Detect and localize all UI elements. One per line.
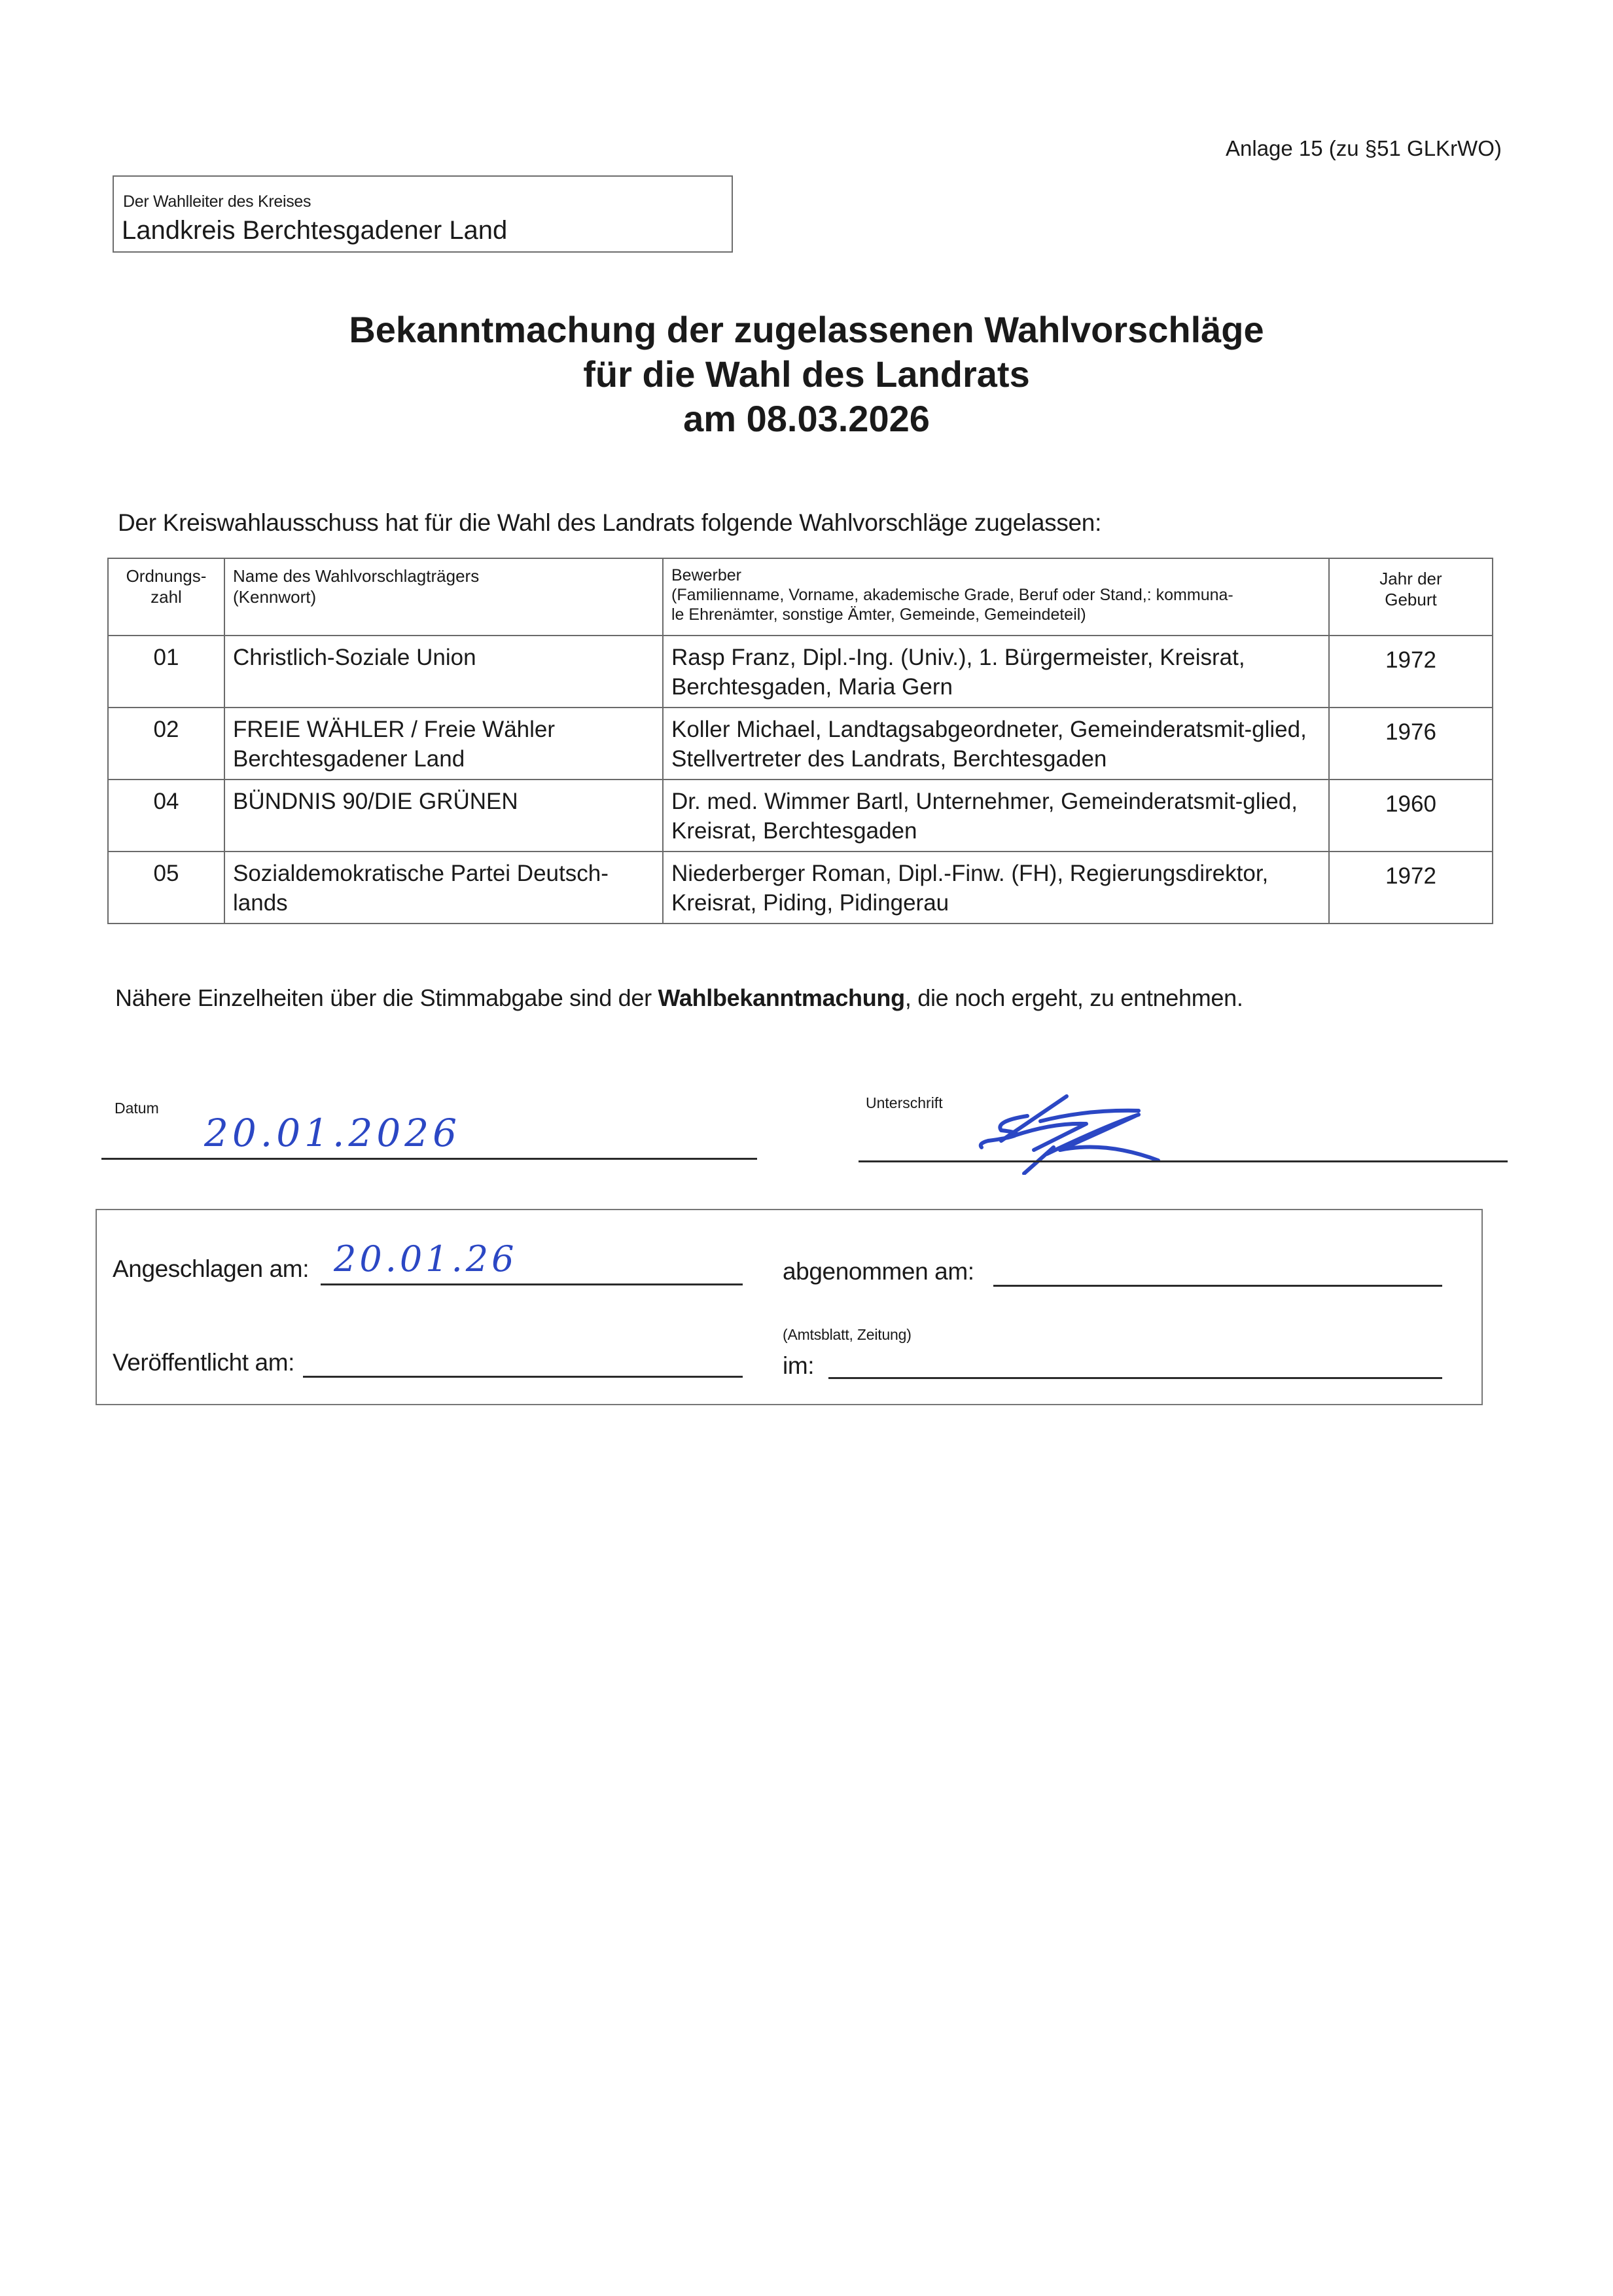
- date-label: Datum: [115, 1100, 159, 1117]
- header-birth-year: Jahr derGeburt: [1329, 558, 1493, 636]
- row-candidate: Dr. med. Wimmer Bartl, Unternehmer, Geme…: [663, 780, 1329, 852]
- row-party: Christlich-Soziale Union: [224, 636, 663, 708]
- note-bold-term: Wahlbekanntmachung: [658, 984, 905, 1011]
- row-number: 02: [108, 708, 224, 780]
- row-party: FREIE WÄHLER / Freie Wähler Berchtesgade…: [224, 708, 663, 780]
- row-birth-year: 1972: [1329, 636, 1493, 708]
- row-birth-year: 1976: [1329, 708, 1493, 780]
- row-party: Sozialdemokratische Partei Deutsch-lands: [224, 852, 663, 924]
- removed-on-field[interactable]: [993, 1285, 1442, 1287]
- signature-line: [859, 1160, 1508, 1162]
- date-line: [101, 1158, 757, 1160]
- table-row: 01 Christlich-Soziale Union Rasp Franz, …: [108, 636, 1493, 708]
- row-number: 04: [108, 780, 224, 852]
- header-party: Name des Wahlvorschlagträgers(Kennwort): [224, 558, 663, 636]
- note-text-before: Nähere Einzelheiten über die Stimmabgabe…: [115, 984, 658, 1011]
- voting-details-note: Nähere Einzelheiten über die Stimmabgabe…: [115, 984, 1243, 1012]
- posted-on-value[interactable]: 20.01.26: [334, 1238, 517, 1280]
- signature-label: Unterschrift: [866, 1094, 943, 1112]
- table-row: 05 Sozialdemokratische Partei Deutsch-la…: [108, 852, 1493, 924]
- title-line-2: für die Wahl des Landrats: [0, 352, 1613, 397]
- title-line-1: Bekanntmachung der zugelassenen Wahlvors…: [0, 308, 1613, 352]
- note-text-after: , die noch ergeht, zu entnehmen.: [905, 984, 1243, 1011]
- authority-box: Der Wahlleiter des Kreises Landkreis Ber…: [113, 175, 733, 253]
- handwritten-date[interactable]: 20.01.2026: [204, 1111, 461, 1155]
- table-header-row: Ordnungs-zahl Name des Wahlvorschlagträg…: [108, 558, 1493, 636]
- posted-on-label: Angeschlagen am:: [113, 1255, 309, 1283]
- authority-name: Landkreis Berchtesgadener Land: [122, 216, 507, 245]
- row-birth-year: 1960: [1329, 780, 1493, 852]
- table-row: 02 FREIE WÄHLER / Freie Wähler Berchtesg…: [108, 708, 1493, 780]
- intro-text: Der Kreiswahlausschuss hat für die Wahl …: [118, 509, 1101, 537]
- authority-label: Der Wahlleiter des Kreises: [123, 192, 311, 211]
- publication-medium-hint: (Amtsblatt, Zeitung): [783, 1326, 912, 1344]
- row-candidate: Niederberger Roman, Dipl.-Finw. (FH), Re…: [663, 852, 1329, 924]
- page-title: Bekanntmachung der zugelassenen Wahlvors…: [0, 308, 1613, 441]
- published-on-label: Veröffentlicht am:: [113, 1349, 294, 1376]
- row-number: 01: [108, 636, 224, 708]
- header-number: Ordnungs-zahl: [108, 558, 224, 636]
- published-on-field[interactable]: [303, 1376, 743, 1378]
- annex-reference: Anlage 15 (zu §51 GLKrWO): [1226, 136, 1502, 161]
- posted-on-line[interactable]: [321, 1283, 743, 1285]
- row-candidate: Koller Michael, Landtagsabgeordneter, Ge…: [663, 708, 1329, 780]
- published-in-label: im:: [783, 1352, 814, 1380]
- row-number: 05: [108, 852, 224, 924]
- row-candidate: Rasp Franz, Dipl.-Ing. (Univ.), 1. Bürge…: [663, 636, 1329, 708]
- row-birth-year: 1972: [1329, 852, 1493, 924]
- published-in-field[interactable]: [828, 1377, 1442, 1379]
- header-candidate: Bewerber(Familienname, Vorname, akademis…: [663, 558, 1329, 636]
- title-line-3: am 08.03.2026: [0, 397, 1613, 441]
- row-party: BÜNDNIS 90/DIE GRÜNEN: [224, 780, 663, 852]
- table-row: 04 BÜNDNIS 90/DIE GRÜNEN Dr. med. Wimmer…: [108, 780, 1493, 852]
- removed-on-label: abgenommen am:: [783, 1258, 974, 1285]
- candidates-table: Ordnungs-zahl Name des Wahlvorschlagträg…: [107, 558, 1493, 924]
